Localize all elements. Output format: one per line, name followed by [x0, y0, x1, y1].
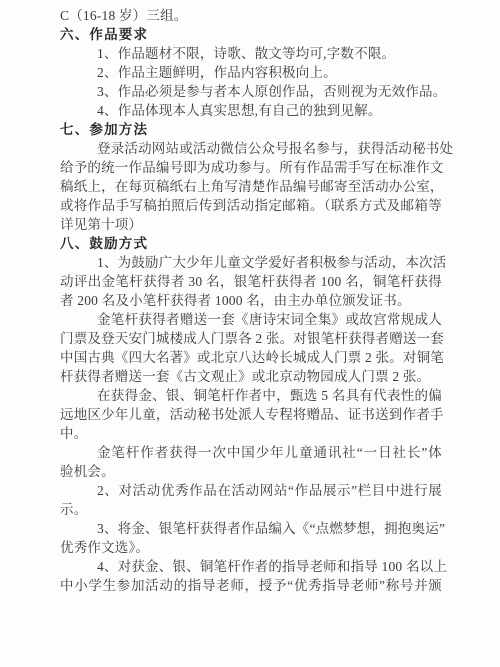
item-encouragement-3-line-1: 3、将金、银笔杆获得者作品编入《“点燃梦想，拥抱奥运” [60, 519, 442, 538]
document-page: C（16-18 岁）三组。 六、作品要求 1、作品题材不限，诗歌、散文等均可,字… [0, 0, 500, 667]
item-work-requirement-4: 4、作品体现本人真实思想,有自己的独到见解。 [60, 101, 442, 120]
heading-section-8-encouragement: 八、鼓励方式 [60, 234, 442, 253]
para-remote-children-line-1: 在获得金、银、铜笔杆作者中，甄选 5 名具有代表性的偏 [60, 386, 442, 405]
para-gold-pen-prizes-line-3: 中国古典《四大名著》或北京八达岭长城成人门票 2 张。对铜笔 [60, 348, 442, 367]
item-work-requirement-1: 1、作品题材不限，诗歌、散文等均可,字数不限。 [60, 44, 442, 63]
para-remote-children-line-2: 远地区少年儿童，活动秘书处派人专程将赠品、证书送到作者手 [60, 405, 442, 424]
para-participation-line-5: 详见第十项） [60, 215, 442, 234]
para-participation-line-3: 稿纸上，在每页稿纸右上角写清楚作品编号邮寄至活动办公室， [60, 177, 442, 196]
item-work-requirement-2: 2、作品主题鲜明，作品内容积极向上。 [60, 63, 442, 82]
item-encouragement-2-line-1: 2、对活动优秀作品在活动网站“作品展示”栏目中进行展 [60, 481, 442, 500]
item-work-requirement-3: 3、作品必须是参与者本人原创作品，否则视为无效作品。 [60, 82, 442, 101]
para-participation-line-1: 登录活动网站或活动微信公众号报名参与，获得活动秘书处 [60, 139, 442, 158]
line-age-group-c: C（16-18 岁）三组。 [60, 6, 442, 25]
item-encouragement-1-line-3: 者 200 名及小笔杆获得者 1000 名，由主办单位颁发证书。 [60, 291, 442, 310]
item-encouragement-4-line-2: 中小学生参加活动的指导老师，授予“优秀指导老师”称号并颁 [60, 576, 442, 595]
para-one-day-president-line-2: 验机会。 [60, 462, 442, 481]
item-encouragement-1-line-1: 1、为鼓励广大少年儿童文学爱好者积极参与活动，本次活 [60, 253, 442, 272]
para-gold-pen-prizes-line-1: 金笔杆获得者赠送一套《唐诗宋词全集》或故宫常规成人 [60, 310, 442, 329]
para-participation-line-4: 或将作品手写稿拍照后传到活动指定邮箱。（联系方式及邮箱等 [60, 196, 442, 215]
para-participation-line-2: 给予的统一作品编号即为成功参与。所有作品需手写在标准作文 [60, 158, 442, 177]
item-encouragement-4-line-1: 4、对获金、银、铜笔杆作者的指导老师和指导 100 名以上 [60, 557, 442, 576]
para-gold-pen-prizes-line-2: 门票及登天安门城楼成人门票各 2 张。对银笔杆获得者赠送一套 [60, 329, 442, 348]
para-remote-children-line-3: 中。 [60, 424, 442, 443]
para-gold-pen-prizes-line-4: 杆获得者赠送一套《古文观止》或北京动物园成人门票 2 张。 [60, 367, 442, 386]
item-encouragement-3-line-2: 优秀作文选》。 [60, 538, 442, 557]
heading-section-7-participation-method: 七、参加方法 [60, 120, 442, 139]
para-one-day-president-line-1: 金笔杆作者获得一次中国少年儿童通讯社“一日社长”体 [60, 443, 442, 462]
item-encouragement-2-line-2: 示。 [60, 500, 442, 519]
heading-section-6-work-requirements: 六、作品要求 [60, 25, 442, 44]
item-encouragement-1-line-2: 动评出金笔杆获得者 30 名，银笔杆获得者 100 名，铜笔杆获得 [60, 272, 442, 291]
